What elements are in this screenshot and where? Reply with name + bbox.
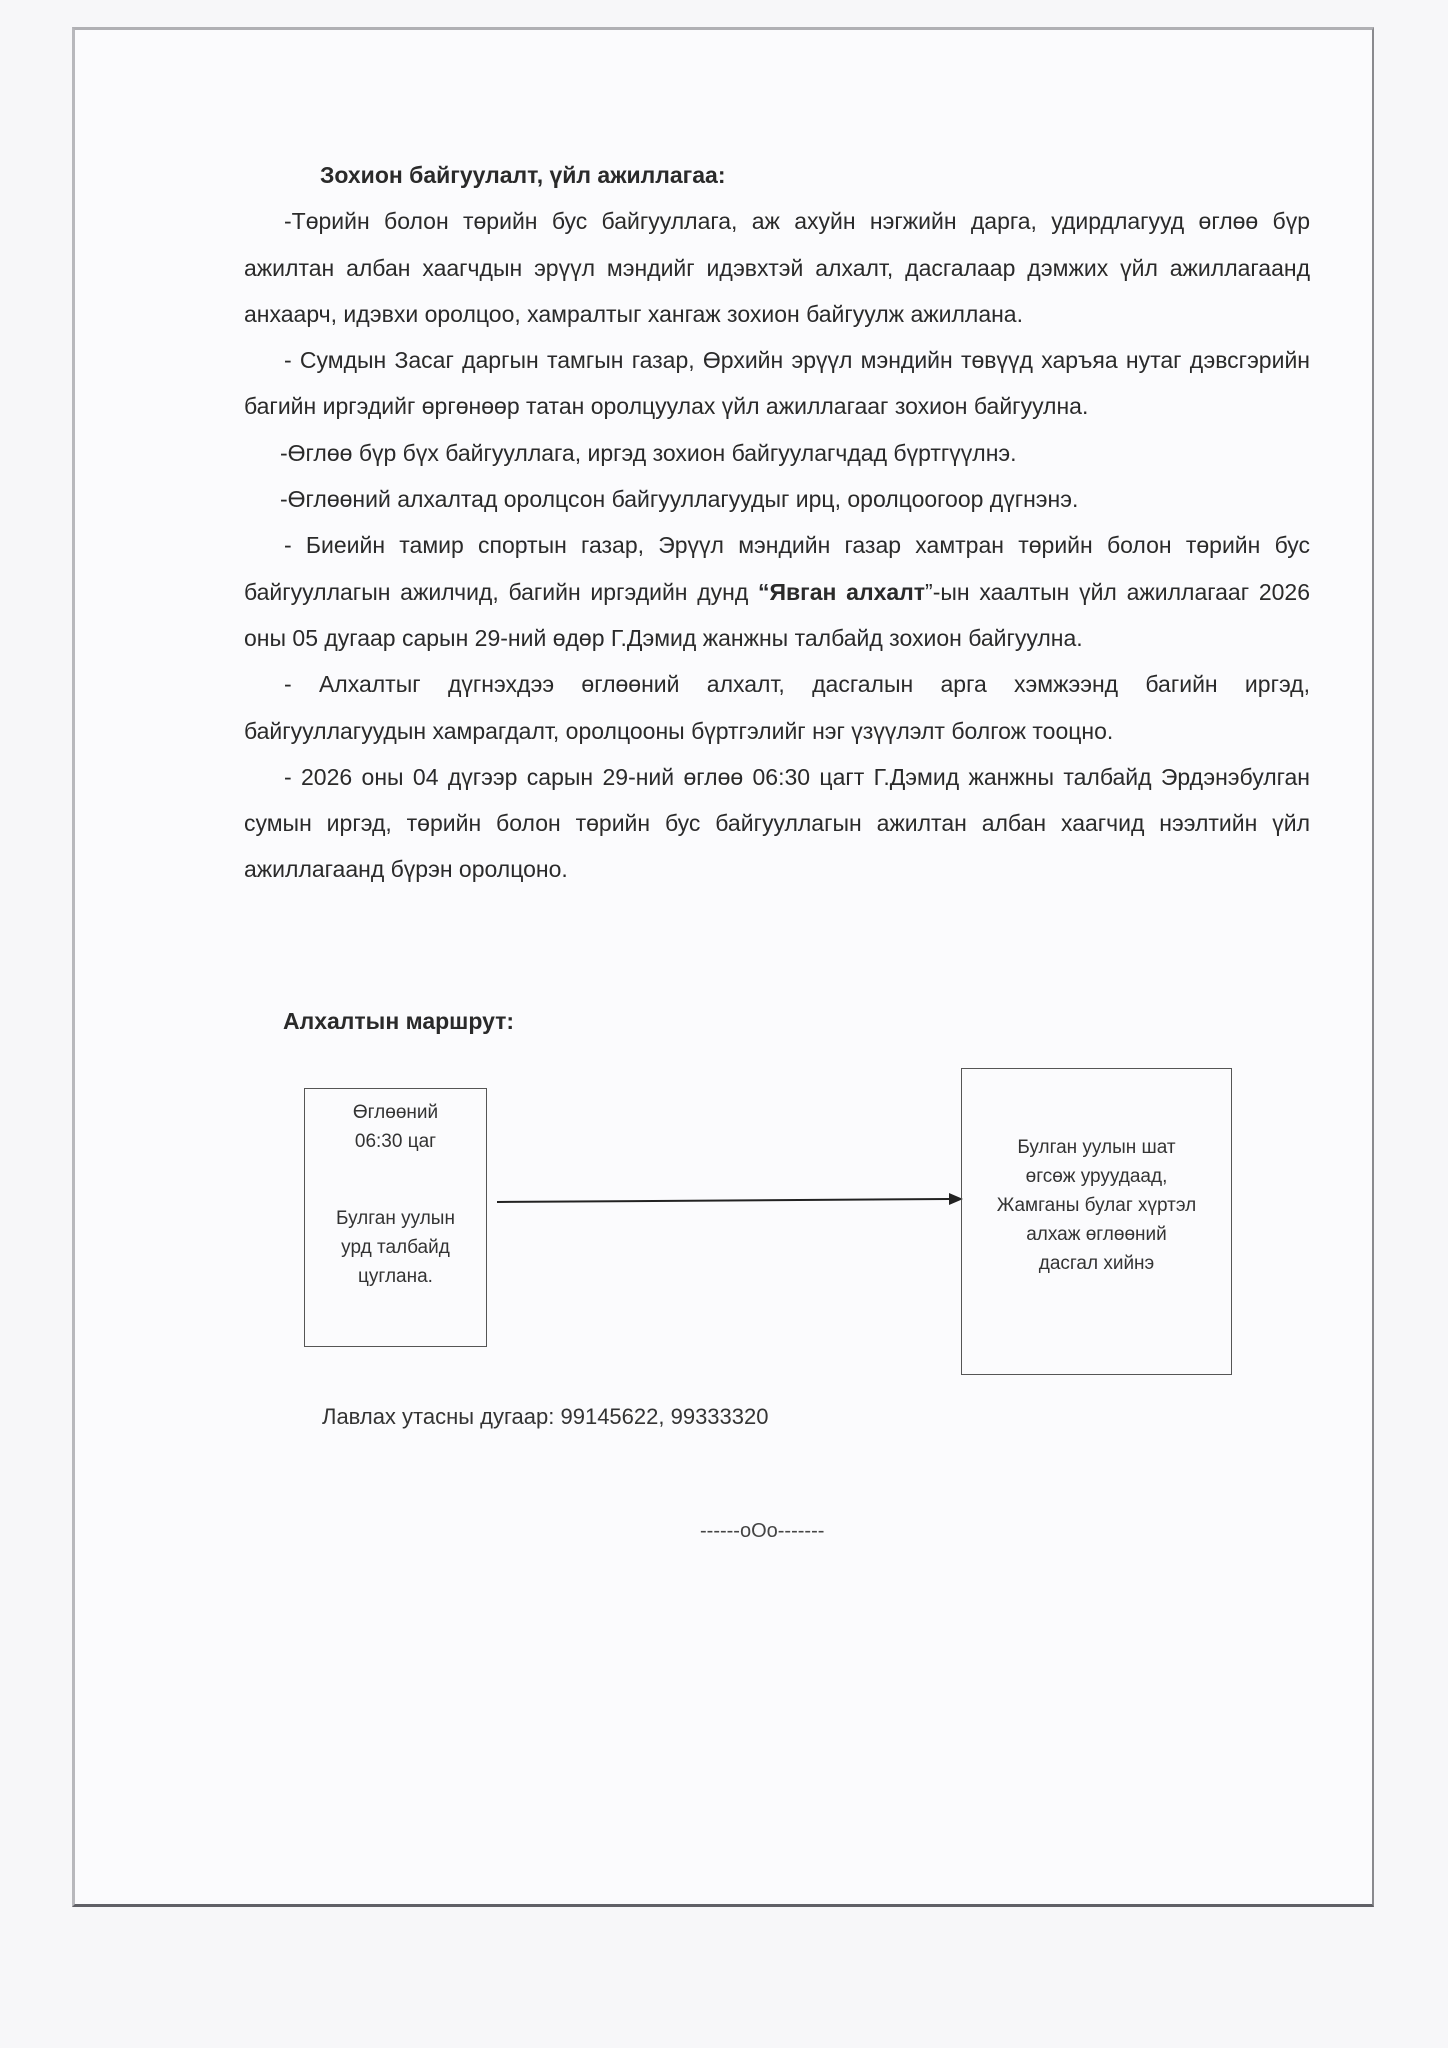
start-place-line: урд талбайд <box>305 1233 486 1262</box>
end-box-line: дасгал хийнэ <box>962 1249 1231 1278</box>
end-mark: ------oOo------- <box>700 1520 824 1543</box>
end-box-line: Жамганы булаг хүртэл <box>962 1191 1231 1220</box>
paragraph-registration: -Өглөө бүр бүх байгууллага, иргэд зохион… <box>244 430 1310 476</box>
walk-event-name: “Явган алхалт <box>758 579 925 605</box>
start-time-line: Өглөөний <box>305 1098 486 1127</box>
route-start-box: Өглөөний 06:30 цаг Булган уулын урд талб… <box>304 1088 487 1347</box>
paragraph-leaders: -Төрийн болон төрийн бус байгууллага, аж… <box>244 198 1310 337</box>
paragraph-soum-governors: - Сумдын Засаг даргын тамгын газар, Өрхи… <box>244 337 1310 430</box>
start-place-line: Булган уулын <box>305 1204 486 1233</box>
end-box-line: алхаж өглөөний <box>962 1220 1231 1249</box>
paragraph-closing-event: - Биеийн тамир спортын газар, Эрүүл мэнд… <box>244 522 1310 661</box>
route-arrow-icon <box>497 1188 967 1212</box>
paragraph-evaluation: -Өглөөний алхалтад оролцсон байгууллагуу… <box>244 476 1310 522</box>
end-box-line: өгсөж уруудаад, <box>962 1162 1231 1191</box>
route-title: Алхалтын маршрут: <box>283 1008 514 1035</box>
route-end-box: Булган уулын шат өгсөж уруудаад, Жамганы… <box>961 1068 1232 1375</box>
reference-phone: Лавлах утасны дугаар: 99145622, 99333320 <box>322 1404 768 1430</box>
start-time: Өглөөний 06:30 цаг <box>305 1098 486 1156</box>
paragraph-assessment: - Алхалтыг дүгнэхдээ өглөөний алхалт, да… <box>244 661 1310 754</box>
start-place: Булган уулын урд талбайд цуглана. <box>305 1204 486 1291</box>
start-time-line: 06:30 цаг <box>305 1127 486 1156</box>
paragraph-opening: - 2026 оны 04 дүгээр сарын 29-ний өглөө … <box>244 754 1310 893</box>
document-body: Зохион байгуулалт, үйл ажиллагаа: -Төрий… <box>244 152 1310 893</box>
section-heading: Зохион байгуулалт, үйл ажиллагаа: <box>244 152 1310 198</box>
start-place-line: цуглана. <box>305 1262 486 1291</box>
end-box-line: Булган уулын шат <box>962 1133 1231 1162</box>
